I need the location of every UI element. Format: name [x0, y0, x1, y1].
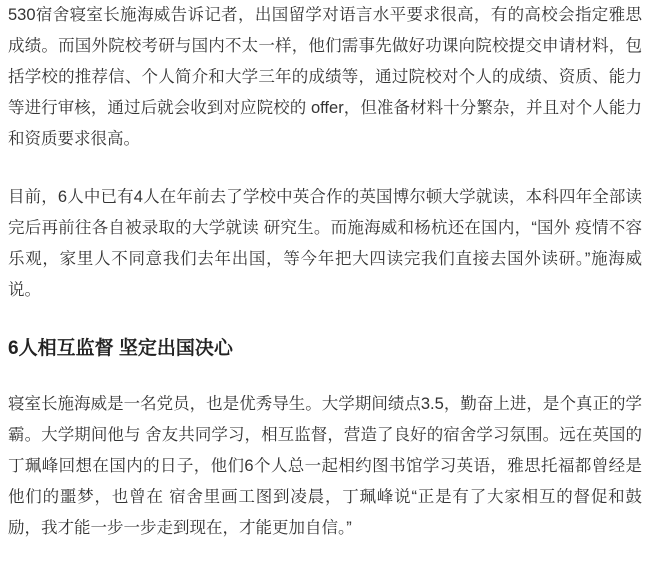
article-paragraph: 530宿舍寝室长施海威告诉记者，出国留学对语言水平要求很高，有的高校会指定雅思成… — [8, 0, 642, 155]
article-body: 530宿舍寝室长施海威告诉记者，出国留学对语言水平要求很高，有的高校会指定雅思成… — [0, 0, 659, 577]
article-paragraph: 目前，6人中已有4人在年前去了学校中英合作的英国博尔顿大学就读，本科四年全部读完… — [8, 182, 642, 306]
section-heading: 6人相互监督 坚定出国决心 — [8, 333, 642, 365]
article-paragraph: 寝室长施海威是一名党员，也是优秀导生。大学期间绩点3.5，勤奋上进，是个真正的学… — [8, 389, 642, 544]
